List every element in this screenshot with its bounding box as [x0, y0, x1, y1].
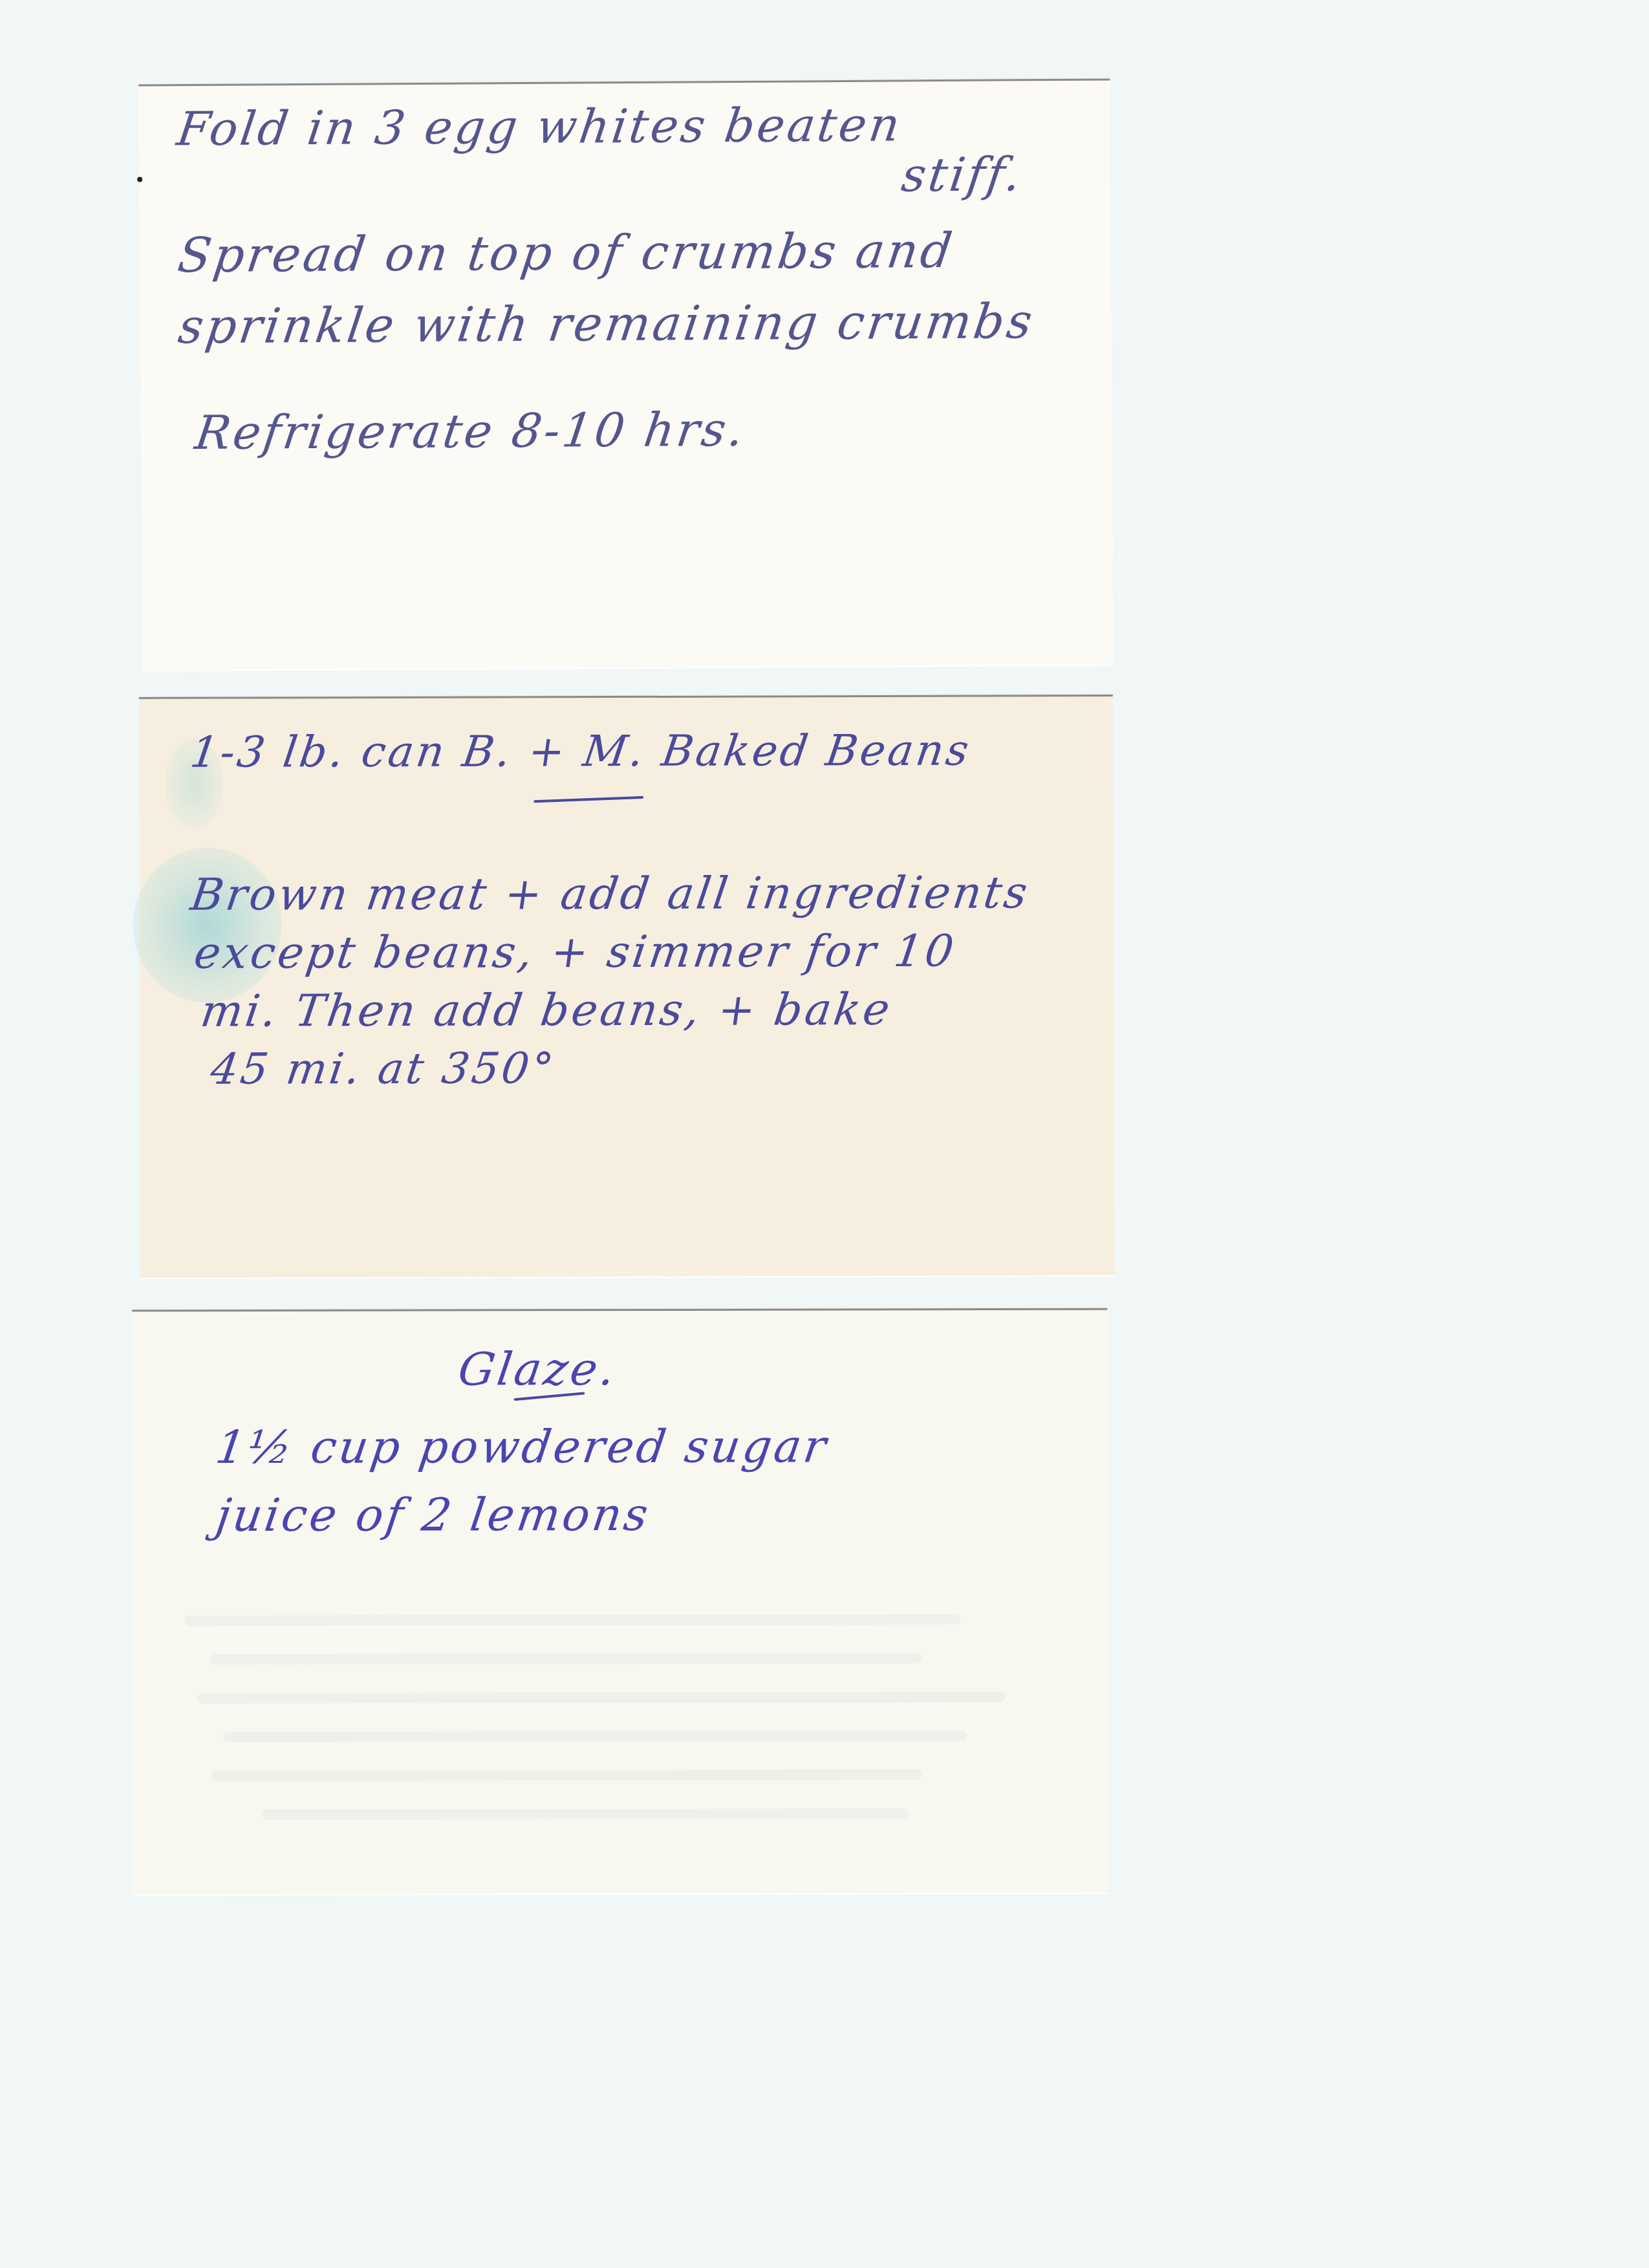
show-through-text: [223, 1731, 967, 1742]
title-underline: [533, 796, 643, 803]
card-line: Fold in 3 egg whites beaten: [175, 101, 905, 152]
recipe-card-3: Glaze. 1½ cup powdered sugar juice of 2 …: [132, 1308, 1108, 1895]
card-line: Brown meat + add all ingredients: [188, 871, 1032, 917]
card-line: 1½ cup powdered sugar: [213, 1423, 832, 1470]
card-line: 45 mi. at 350°: [208, 1047, 559, 1090]
card-line: mi. Then add beans, + bake: [198, 988, 894, 1034]
card-line: stiff.: [899, 151, 1026, 198]
show-through-text: [263, 1808, 909, 1820]
recipe-card-2: 1-3 lb. can B. + M. Baked Beans Brown me…: [139, 695, 1114, 1278]
recipe-card-1: Fold in 3 egg whites beaten stiff. Sprea…: [138, 78, 1114, 670]
card-title-line: 1-3 lb. can B. + M. Baked Beans: [188, 729, 974, 774]
show-through-text: [184, 1614, 960, 1626]
card-line: except beans, + simmer for 10: [191, 930, 958, 976]
ink-speck: [137, 177, 142, 182]
show-through-text: [210, 1769, 921, 1781]
card-title: Glaze.: [456, 1346, 620, 1392]
card-line: sprinkle with remaining crumbs: [176, 297, 1038, 351]
show-through-text: [197, 1692, 1006, 1703]
card-line: Refrigerate 8-10 hrs.: [193, 406, 749, 456]
card-line: Spread on top of crumbs and: [175, 227, 957, 279]
card-line: juice of 2 lemons: [213, 1492, 653, 1538]
show-through-text: [210, 1653, 921, 1665]
